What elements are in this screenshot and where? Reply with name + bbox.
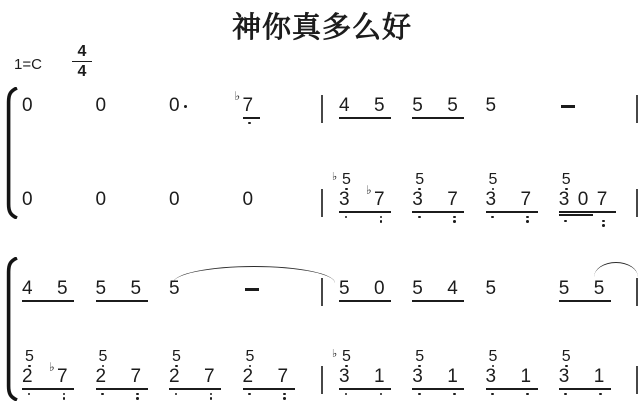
note-group: 54	[412, 279, 464, 299]
note-group: 0	[169, 96, 186, 116]
note-digit: 5	[486, 279, 497, 299]
score-beat: 45	[339, 96, 412, 116]
chord-upper-note: 5	[21, 350, 38, 367]
note-digit: 5	[415, 348, 424, 365]
note: 7	[447, 190, 464, 210]
measure: 0000	[22, 190, 316, 210]
octave-dot	[526, 393, 529, 396]
score-beat: 531	[412, 367, 485, 387]
octave-dot	[491, 393, 494, 396]
score-beat: 54	[412, 279, 485, 299]
note: 53	[559, 190, 578, 210]
note: 5	[57, 279, 74, 299]
note-digit: 0	[169, 190, 180, 210]
chord-upper-note: ♭5	[338, 173, 355, 190]
note-digit: 5	[57, 279, 68, 299]
note: 4	[22, 279, 57, 299]
note-digit: 3	[486, 190, 497, 210]
beam	[339, 117, 391, 119]
note: 5	[374, 96, 391, 116]
note-digit: 7	[243, 96, 254, 116]
note-digit: 7	[374, 190, 385, 210]
note-digit: 5	[562, 171, 571, 188]
octave-dot	[602, 220, 605, 223]
octave-dot	[136, 393, 139, 396]
note-digit: 1	[374, 367, 385, 387]
beam	[22, 300, 74, 302]
chord-upper-note: 5	[558, 350, 575, 367]
note-digit: 5	[559, 279, 570, 299]
measure: 5054555	[339, 279, 632, 299]
note-group: 537	[412, 190, 464, 210]
note-digit: 5	[339, 279, 350, 299]
octave-dots	[375, 391, 387, 395]
score-beat: 5	[486, 279, 559, 299]
note-group: ♭531	[339, 367, 391, 387]
score-beat: 531	[559, 367, 632, 387]
note: 1	[374, 367, 391, 387]
beam	[486, 211, 538, 213]
note: 5	[559, 279, 594, 299]
flat-icon: ♭	[49, 361, 55, 373]
octave-dots	[244, 120, 256, 124]
note: 0	[169, 190, 186, 210]
note: 1	[521, 367, 538, 387]
octave-dots	[413, 214, 425, 218]
beam	[243, 388, 295, 390]
score-beat: 0	[243, 190, 317, 210]
barline	[321, 189, 323, 217]
score-beat: 531	[486, 367, 559, 387]
octave-dots	[132, 391, 144, 400]
note-digit: 7	[521, 190, 532, 210]
chord-upper-note: 5	[558, 173, 575, 190]
system2-bass-line: 52♭7527527527 ♭531531531531	[0, 367, 644, 389]
flat-icon: ♭	[332, 348, 337, 360]
chord-upper-note: 5	[95, 350, 112, 367]
octave-dot	[101, 393, 104, 396]
score-beat: 0	[96, 96, 170, 116]
flat-icon: ♭	[366, 184, 372, 196]
octave-dot	[564, 393, 567, 396]
score-beat: 5	[486, 96, 559, 116]
note-digit: 0	[243, 190, 254, 210]
octave-dots	[598, 218, 609, 227]
barline	[636, 189, 638, 217]
note: 7	[521, 190, 538, 210]
note-digit: 5	[489, 348, 498, 365]
octave-dot	[418, 216, 421, 219]
note-digit: 7	[447, 190, 458, 210]
score-beat: 55	[96, 279, 170, 299]
note-digit: 4	[339, 96, 350, 116]
note-digit: 7	[597, 190, 608, 210]
octave-dots	[595, 391, 607, 395]
note: 5	[486, 279, 503, 299]
note: 52	[243, 367, 278, 387]
note: 0	[22, 96, 39, 116]
note: 5	[447, 96, 464, 116]
note-digit: 0	[374, 279, 385, 299]
note-digit: 1	[521, 367, 532, 387]
note-digit: 5	[374, 96, 385, 116]
beam	[412, 211, 464, 213]
note-digit: 1	[594, 367, 605, 387]
score-beat: 5307	[559, 190, 632, 210]
note: 7	[131, 367, 148, 387]
score-beat: 45	[22, 279, 96, 299]
note: 4	[447, 279, 464, 299]
octave-dot	[283, 393, 286, 396]
octave-dot	[453, 393, 456, 396]
note: 1	[447, 367, 464, 387]
note-digit: 5	[486, 96, 497, 116]
note-digit: 0	[96, 190, 107, 210]
octave-dots	[244, 391, 256, 395]
octave-dot	[418, 393, 421, 396]
beam	[559, 300, 611, 302]
score-beat: 0	[169, 96, 243, 116]
score-beat: 55	[559, 279, 632, 299]
note-group: 52♭7	[22, 367, 74, 387]
note: 7	[597, 190, 616, 210]
octave-dots	[205, 391, 217, 400]
score-beat: 537	[486, 190, 559, 210]
octave-dots	[279, 391, 291, 400]
note-digit: 2	[22, 367, 33, 387]
note-group: 55	[96, 279, 148, 299]
note-digit: 5	[415, 171, 424, 188]
octave-dots	[560, 218, 571, 222]
note-digit: 3	[412, 367, 423, 387]
note-digit: 2	[243, 367, 254, 387]
note-group: ♭53♭7	[339, 190, 391, 210]
note-group: 0	[22, 96, 39, 116]
note: 53	[486, 367, 521, 387]
note-digit: 5	[412, 279, 423, 299]
barline	[636, 278, 638, 306]
note-group: 0	[243, 190, 260, 210]
note-group: 50	[339, 279, 391, 299]
note: 5	[96, 279, 131, 299]
note: 0	[169, 96, 186, 116]
beam	[22, 388, 74, 390]
note: 52	[169, 367, 204, 387]
octave-dots	[23, 391, 35, 395]
note	[559, 96, 576, 116]
note: 5	[486, 96, 503, 116]
score-beat	[559, 96, 632, 116]
chord-upper-note: 5	[411, 173, 428, 190]
note-digit: 0	[578, 190, 589, 210]
note-digit: 3	[559, 367, 570, 387]
note-group: 55	[559, 279, 611, 299]
octave-dot	[345, 216, 348, 219]
dash-extension	[245, 288, 259, 291]
note-digit: 5	[562, 348, 571, 365]
chord-upper-note: 5	[485, 173, 502, 190]
octave-dot	[210, 393, 213, 396]
song-title: 神你真多么好	[0, 12, 644, 45]
octave-dots	[448, 214, 460, 223]
note-digit: 5	[131, 279, 142, 299]
note-digit: 5	[246, 348, 255, 365]
key-signature: 1=C	[14, 56, 42, 73]
note-group: 5307	[559, 190, 616, 210]
octave-dot	[380, 393, 383, 396]
octave-dots	[448, 391, 460, 395]
octave-dot	[526, 216, 529, 219]
note-digit: 3	[339, 367, 350, 387]
octave-dot	[453, 220, 456, 223]
octave-dot	[345, 393, 348, 396]
octave-dot	[283, 397, 286, 400]
note-digit: 5	[447, 96, 458, 116]
barline	[321, 366, 323, 394]
note: ♭7	[243, 96, 260, 116]
note: 0	[96, 190, 113, 210]
note-group: 531	[412, 367, 464, 387]
beam	[412, 117, 464, 119]
time-signature: 4 4	[72, 43, 92, 80]
octave-dot	[526, 220, 529, 223]
beam	[559, 211, 616, 213]
note-digit: 5	[342, 171, 351, 188]
note-digit: 5	[342, 348, 351, 365]
note-group: 5	[486, 96, 503, 116]
beam	[339, 211, 391, 213]
octave-dots	[170, 391, 182, 395]
note: 0	[22, 190, 39, 210]
note: ♭53	[339, 367, 374, 387]
octave-dots	[560, 391, 572, 395]
note: 5	[594, 279, 611, 299]
note-digit: 5	[172, 348, 181, 365]
measure: ♭531531531531	[339, 367, 632, 387]
note: 0	[578, 190, 597, 210]
note-digit: 0	[22, 190, 33, 210]
note: 52	[96, 367, 131, 387]
note: 0	[96, 96, 113, 116]
note: 5	[412, 96, 447, 116]
note-digit: 5	[594, 279, 605, 299]
chord-upper-note: 5	[242, 350, 259, 367]
note: 0	[374, 279, 391, 299]
note-group: 45	[339, 96, 391, 116]
note-group: 527	[96, 367, 148, 387]
barline	[636, 95, 638, 123]
sheet-music-page: 神你真多么好 1=C 4 4 000♭7 45555 0000 ♭53♭7537…	[0, 0, 644, 402]
beam	[169, 388, 221, 390]
measure: 45555	[339, 96, 632, 116]
note-group: 0	[96, 96, 113, 116]
score-beat: 537	[412, 190, 485, 210]
score-beat: 0	[22, 190, 96, 210]
score-beat: 55	[412, 96, 485, 116]
note: 5	[339, 279, 374, 299]
beam	[412, 300, 464, 302]
beam	[486, 388, 538, 390]
octave-dots	[522, 214, 534, 223]
score-beat: 527	[96, 367, 170, 387]
octave-dot	[453, 216, 456, 219]
octave-dot	[380, 216, 383, 219]
score-beat: ♭53♭7	[339, 190, 412, 210]
octave-dots	[522, 391, 534, 395]
beam	[243, 117, 260, 119]
octave-dot	[599, 393, 602, 396]
beam	[96, 300, 148, 302]
note-group: 0	[169, 190, 186, 210]
score-beat: 527	[169, 367, 243, 387]
note-group: 0	[22, 190, 39, 210]
score-beat: 0	[169, 190, 243, 210]
note-group: 527	[243, 367, 295, 387]
measure: 52♭7527527527	[22, 367, 316, 387]
note-digit: 5	[25, 348, 34, 365]
octave-dots	[97, 391, 109, 395]
chord-upper-note: 5	[168, 350, 185, 367]
note: 1	[594, 367, 611, 387]
note-digit: 4	[22, 279, 33, 299]
note-group	[559, 96, 576, 116]
augmentation-dot	[184, 105, 187, 108]
octave-dot	[491, 216, 494, 219]
note: 7	[278, 367, 295, 387]
note-group: ♭7	[243, 96, 260, 116]
note: 53	[412, 190, 447, 210]
octave-dot	[175, 393, 178, 396]
note-digit: 7	[278, 367, 289, 387]
beam	[96, 388, 148, 390]
note-digit: 4	[447, 279, 458, 299]
beam	[339, 388, 391, 390]
octave-dot	[564, 220, 567, 223]
octave-dots	[487, 214, 499, 218]
time-signature-denominator: 4	[72, 62, 92, 80]
note: 53	[412, 367, 447, 387]
note-digit: 2	[96, 367, 107, 387]
note-digit: 5	[489, 171, 498, 188]
note: 5	[131, 279, 148, 299]
note-group: 531	[486, 367, 538, 387]
note-digit: 3	[339, 190, 350, 210]
octave-dots	[413, 391, 425, 395]
chord-upper-note: ♭5	[338, 350, 355, 367]
octave-dot	[63, 397, 66, 400]
tie-slur-arc	[594, 262, 638, 277]
note-digit: 3	[559, 190, 570, 210]
note: 5	[412, 279, 447, 299]
note: 53	[559, 367, 594, 387]
chord-upper-note: 5	[485, 350, 502, 367]
system1-melody-line: 000♭7 45555	[0, 96, 644, 118]
note-digit: 7	[131, 367, 142, 387]
note-group: 5	[486, 279, 503, 299]
score-beat: 0	[96, 190, 170, 210]
note: 4	[339, 96, 374, 116]
score-beat: 527	[243, 367, 317, 387]
octave-dots	[340, 214, 352, 218]
note-digit: 0	[96, 96, 107, 116]
beam	[339, 300, 391, 302]
note-group: 55	[412, 96, 464, 116]
octave-dots	[487, 391, 499, 395]
note: 0	[243, 190, 260, 210]
octave-dot	[248, 122, 251, 125]
note-group: 45	[22, 279, 74, 299]
note-digit: 5	[412, 96, 423, 116]
note-digit: 2	[169, 367, 180, 387]
score-beat: 0	[22, 96, 96, 116]
note-digit: 3	[412, 190, 423, 210]
note-group: 0	[96, 190, 113, 210]
flat-icon: ♭	[332, 171, 337, 183]
note: ♭7	[374, 190, 391, 210]
note-digit: 3	[486, 367, 497, 387]
tie-slur-arc	[173, 266, 335, 283]
beam	[559, 388, 611, 390]
score-beat: ♭7	[243, 96, 317, 116]
beam	[412, 388, 464, 390]
octave-dot	[380, 220, 383, 223]
measure: ♭53♭75375375307	[339, 190, 632, 210]
note-digit: 7	[204, 367, 215, 387]
note-digit: 5	[96, 279, 107, 299]
note: 7	[204, 367, 221, 387]
note: ♭7	[57, 367, 74, 387]
note-group: 531	[559, 367, 611, 387]
secondary-beam	[559, 214, 593, 216]
flat-icon: ♭	[235, 90, 241, 102]
octave-dots	[58, 391, 70, 400]
system1-bass-line: 0000 ♭53♭75375375307	[0, 190, 644, 212]
octave-dots	[375, 214, 387, 223]
chord-upper-note: 5	[411, 350, 428, 367]
note-group: 527	[169, 367, 221, 387]
score-beat: ♭531	[339, 367, 412, 387]
octave-dot	[28, 393, 31, 396]
note-digit: 7	[57, 367, 68, 387]
note-digit: 5	[99, 348, 108, 365]
note-group: 537	[486, 190, 538, 210]
note-digit: 1	[447, 367, 458, 387]
note-digit: 0	[169, 96, 180, 116]
octave-dot	[63, 393, 66, 396]
octave-dot	[210, 397, 213, 400]
barline	[636, 366, 638, 394]
octave-dot	[602, 224, 605, 227]
barline	[321, 95, 323, 123]
octave-dots	[340, 391, 352, 395]
octave-dot	[136, 397, 139, 400]
dash-extension	[561, 105, 575, 108]
octave-dot	[248, 393, 251, 396]
note: 53	[486, 190, 521, 210]
time-signature-numerator: 4	[72, 43, 92, 62]
note-digit: 0	[22, 96, 33, 116]
score-beat: 52♭7	[22, 367, 96, 387]
score-beat: 50	[339, 279, 412, 299]
measure: 000♭7	[22, 96, 316, 116]
